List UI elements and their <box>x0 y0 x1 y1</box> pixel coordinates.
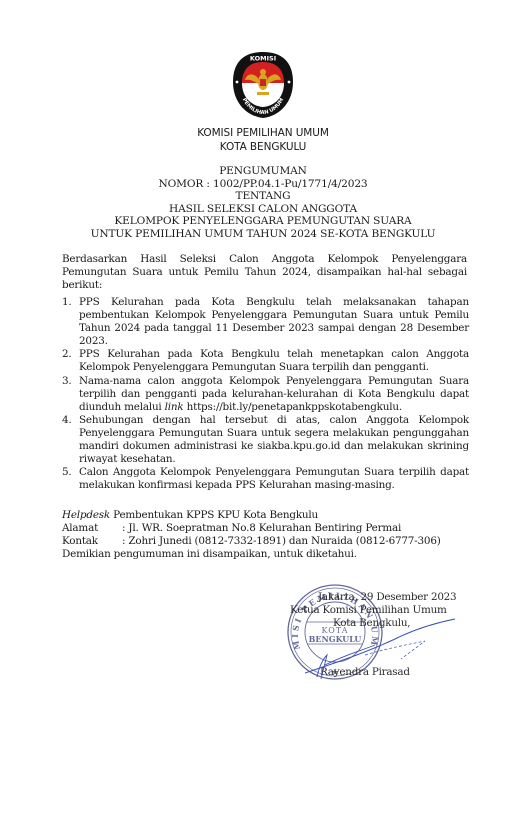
handwritten-signature-icon <box>305 615 465 685</box>
item-text: Sehubungan dengan hal tersebut di atas, … <box>79 414 469 465</box>
item-text: Calon Anggota Kelompok Penyelenggara Pem… <box>79 466 469 491</box>
list-item: 5. Calon Anggota Kelompok Penyelenggara … <box>62 466 469 492</box>
announcement-page: KOMISI PEMILIHAN UMUM KOMISI PEMILIHAN U… <box>0 0 526 837</box>
list-item: 4. Sehubungan dengan hal tersebut di ata… <box>62 414 469 466</box>
title-subject-1: HASIL SELEKSI CALON ANGGOTA <box>0 203 526 216</box>
item-text: PPS Kelurahan pada Kota Bengkulu telah m… <box>79 296 469 347</box>
org-city: KOTA BENGKULU <box>0 140 526 154</box>
helpdesk-title-text: Pembentukan KPPS KPU Kota Bengkulu <box>110 509 318 522</box>
kpu-emblem-icon: KOMISI PEMILIHAN UMUM <box>230 50 296 120</box>
title-subject-3: UNTUK PEMILIHAN UMUM TAHUN 2024 SE-KOTA … <box>0 228 526 241</box>
place-date: Jakarta, 29 Desember 2023 <box>318 591 456 604</box>
link-label: link <box>165 401 184 413</box>
item-text: PPS Kelurahan pada Kota Bengkulu telah m… <box>79 348 469 373</box>
title-subject-2: KELOMPOK PENYELENGGARA PEMUNGUTAN SUARA <box>0 215 526 228</box>
address-label: Alamat <box>62 522 122 535</box>
announcement-title: PENGUMUMAN NOMOR : 1002/PP.04.1-Pu/1771/… <box>0 165 526 241</box>
title-about: TENTANG <box>0 190 526 203</box>
item-number: 3. <box>62 375 72 388</box>
announcement-list: 1. PPS Kelurahan pada Kota Bengkulu tela… <box>62 296 469 492</box>
address-row: Alamat : Jl. WR. Soepratman No.8 Kelurah… <box>62 522 482 535</box>
svg-text:KOMISI: KOMISI <box>250 55 276 63</box>
list-item: 1. PPS Kelurahan pada Kota Bengkulu tela… <box>62 296 469 348</box>
contact-value: : Zohri Junedi (0812-7332-1891) dan Nura… <box>122 535 441 548</box>
title-heading: PENGUMUMAN <box>0 165 526 178</box>
helpdesk-title: Helpdesk Pembentukan KPPS KPU Kota Bengk… <box>62 509 482 522</box>
helpdesk-block: Helpdesk Pembentukan KPPS KPU Kota Bengk… <box>62 509 482 561</box>
item-number: 2. <box>62 348 72 361</box>
item-number: 5. <box>62 466 72 479</box>
list-item: 2. PPS Kelurahan pada Kota Bengkulu tela… <box>62 348 469 374</box>
contact-row: Kontak : Zohri Junedi (0812-7332-1891) d… <box>62 535 482 548</box>
item-number: 4. <box>62 414 72 427</box>
helpdesk-label: Helpdesk <box>62 509 110 522</box>
intro-paragraph: Berdasarkan Hasil Seleksi Calon Anggota … <box>62 253 467 292</box>
download-link[interactable]: https://bit.ly/penetapankppskotabengkulu… <box>184 401 402 413</box>
contact-label: Kontak <box>62 535 122 548</box>
closing-text: Demikian pengumuman ini disampaikan, unt… <box>62 548 482 561</box>
org-name: KOMISI PEMILIHAN UMUM <box>0 126 526 140</box>
title-number: NOMOR : 1002/PP.04.1-Pu/1771/4/2023 <box>0 178 526 191</box>
list-item: 3. Nama-nama calon anggota Kelompok Peny… <box>62 375 469 414</box>
item-number: 1. <box>62 296 72 309</box>
address-value: : Jl. WR. Soepratman No.8 Kelurahan Bent… <box>122 522 401 535</box>
